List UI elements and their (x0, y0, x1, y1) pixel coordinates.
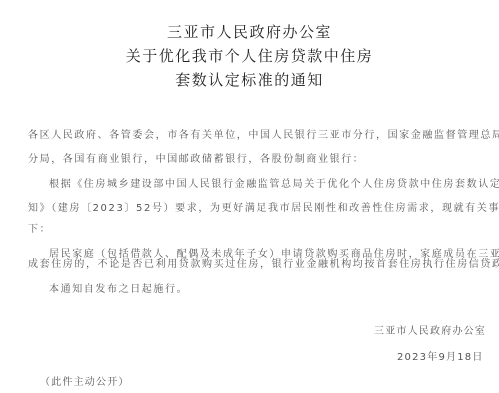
paragraph-2-line-2: 成套住房的，不论是否已利用贷款购买过住房，银行业金融机构均按首套住房执行住房信贷… (28, 255, 499, 270)
signature-issuer: 三亚市人民政府办公室 (374, 322, 486, 337)
signature-date: 2023年9月18日 (397, 348, 484, 363)
issuer-title: 三亚市人民政府办公室 (0, 21, 499, 42)
paragraph-1-line-2: 知》（建房〔2023〕52号）要求，为更好满足我市居民刚性和改善性住房需求，现就… (28, 199, 499, 214)
addressee-line-1: 各区人民政府、各管委会，市各有关单位，中国人民银行三亚市分行，国家金融监督管理总… (28, 126, 499, 141)
notice-document: 三亚市人民政府办公室 关于优化我市个人住房贷款中住房 套数认定标准的通知 各区人… (0, 0, 499, 393)
notice-title-line-2: 套数认定标准的通知 (0, 69, 499, 90)
notice-title-line-1: 关于优化我市个人住房贷款中住房 (0, 45, 499, 66)
disclosure-note: （此件主动公开） (40, 373, 130, 388)
paragraph-3-line-1: 本通知自发布之日起施行。 (49, 280, 188, 295)
addressee-line-2: 分局，各国有商业银行，中国邮政储蓄银行，各股份制商业银行： (28, 150, 364, 165)
paragraph-1-line-3: 下： (28, 220, 51, 235)
paragraph-1-line-1: 根据《住房城乡建设部中国人民银行金融监管总局关于优化个人住房贷款中住房套数认定标… (49, 175, 499, 190)
